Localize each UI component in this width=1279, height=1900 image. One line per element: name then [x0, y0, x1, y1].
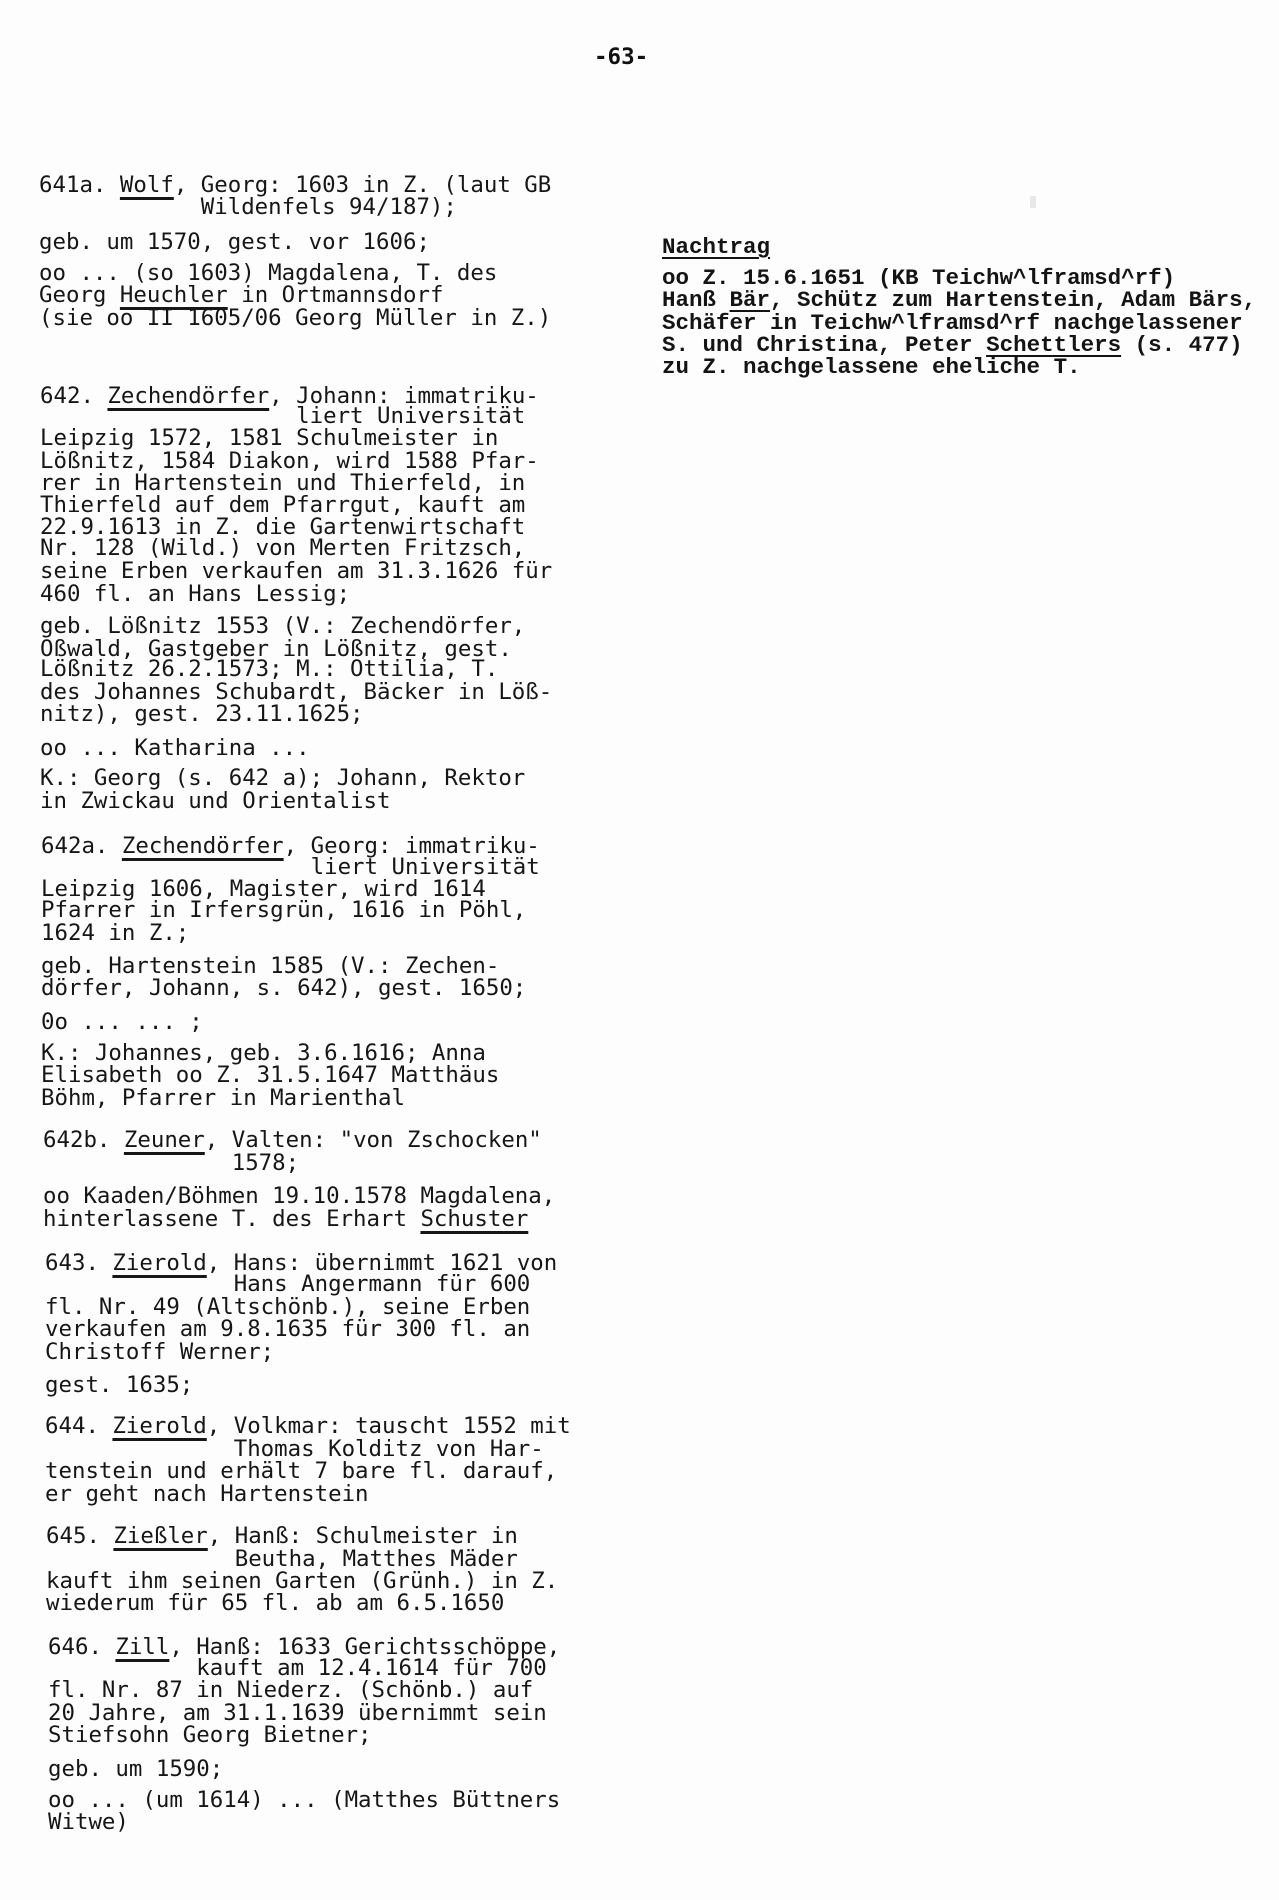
text-line: liert Universität	[40, 405, 525, 427]
text-line: Beutha, Matthes Mäder	[46, 1548, 518, 1570]
text-line: kauft ihm seinen Garten (Grünh.) in Z.	[46, 1570, 558, 1592]
text-line: Thomas Kolditz von Har-	[45, 1438, 544, 1460]
scan-artifact	[1030, 196, 1036, 208]
text-line: nitz), gest. 23.11.1625;	[40, 703, 364, 725]
text-line: fl. Nr. 49 (Altschönb.), seine Erben	[45, 1296, 530, 1318]
text-line: des Johannes Schubardt, Bäcker in Löß-	[40, 681, 552, 703]
text-line: 460 fl. an Hans Lessig;	[40, 583, 350, 605]
text-line: verkaufen am 9.8.1635 für 300 fl. an	[45, 1318, 530, 1340]
text-line: 642b. Zeuner, Valten: "von Zschocken"	[43, 1129, 542, 1151]
text-line: geb. um 1590;	[48, 1758, 223, 1780]
document-page: -63- 641a. Wolf, Georg: 1603 in Z. (laut…	[0, 0, 1279, 1900]
text-line: (sie oo II 1605/06 Georg Müller in Z.)	[39, 307, 551, 329]
line-suffix: (s. 477)	[1121, 332, 1243, 358]
text-line: Stiefsohn Georg Bietner;	[48, 1724, 372, 1746]
text-line: 645. Zießler, Hanß: Schulmeister in	[46, 1525, 518, 1547]
text-line: 644. Zierold, Volkmar: tauscht 1552 mit	[45, 1415, 571, 1437]
text-line: fl. Nr. 87 in Niederz. (Schönb.) auf	[48, 1679, 533, 1701]
text-line: geb. Lößnitz 1553 (V.: Zechendörfer,	[40, 615, 525, 637]
text-line: hinterlassene T. des Erhart Schuster	[43, 1208, 528, 1230]
text-line: dörfer, Johann, s. 642), gest. 1650;	[41, 977, 526, 999]
text-line: zu Z. nachgelassene eheliche T.	[662, 356, 1081, 378]
underlined-surname: Schuster	[420, 1206, 528, 1232]
text-line: oo ... Katharina ...	[40, 737, 310, 759]
text-line: oo Z. 15.6.1651 (KB Teichw^lframsd^rf)	[662, 267, 1175, 289]
text-line: tenstein und erhält 7 bare fl. darauf,	[45, 1460, 557, 1482]
text-line: 641a. Wolf, Georg: 1603 in Z. (laut GB	[39, 174, 551, 196]
addendum-heading: Nachtrag	[662, 236, 770, 258]
addendum-heading-text: Nachtrag	[662, 234, 770, 260]
text-line: Pfarrer in Irfersgrün, 1616 in Pöhl,	[41, 899, 526, 921]
text-line: seine Erben verkaufen am 31.3.1626 für	[40, 560, 552, 582]
text-line: Elisabeth oo Z. 31.5.1647 Matthäus	[41, 1064, 499, 1086]
text-line: Böhm, Pfarrer in Marienthal	[41, 1087, 405, 1109]
text-line: Witwe)	[48, 1811, 129, 1833]
text-line: oo ... (um 1614) ... (Matthes Büttners	[48, 1789, 560, 1811]
text-line: 20 Jahre, am 31.1.1639 übernimmt sein	[48, 1702, 547, 1724]
text-line: wiederum für 65 fl. ab am 6.5.1650	[46, 1592, 504, 1614]
text-line: in Zwickau und Orientalist	[40, 790, 391, 812]
text-line: rer in Hartenstein und Thierfeld, in	[40, 472, 525, 494]
text-line: Thierfeld auf dem Pfarrgut, kauft am	[40, 494, 525, 516]
line-prefix: hinterlassene T. des Erhart	[43, 1206, 420, 1232]
text-line: geb. um 1570, gest. vor 1606;	[39, 231, 430, 253]
text-line: gest. 1635;	[45, 1374, 193, 1396]
text-line: liert Universität	[41, 856, 540, 878]
text-line: K.: Johannes, geb. 3.6.1616; Anna	[41, 1042, 486, 1064]
page-number: -63-	[594, 44, 648, 70]
text-line: Hanß Bär, Schütz zum Hartenstein, Adam B…	[662, 289, 1256, 311]
text-line: Leipzig 1572, 1581 Schulmeister in	[40, 427, 498, 449]
text-line: Wildenfels 94/187);	[39, 196, 457, 218]
text-line: oo Kaaden/Böhmen 19.10.1578 Magdalena,	[43, 1185, 555, 1207]
text-line: er geht nach Hartenstein	[45, 1483, 369, 1505]
text-line: geb. Hartenstein 1585 (V.: Zechen-	[41, 955, 499, 977]
text-line: 0o ... ... ;	[41, 1011, 203, 1033]
text-line: Lößnitz, 1584 Diakon, wird 1588 Pfar-	[40, 450, 539, 472]
text-line: K.: Georg (s. 642 a); Johann, Rektor	[40, 767, 525, 789]
text-line: oo ... (so 1603) Magdalena, T. des	[39, 262, 497, 284]
text-line: Schäfer in Teichw^lframsd^rf nachgelasse…	[662, 312, 1243, 334]
text-line: Hans Angermann für 600	[45, 1273, 530, 1295]
text-line: Christoff Werner;	[45, 1341, 274, 1363]
text-line: Georg Heuchler in Ortmannsdorf	[39, 284, 443, 306]
text-line: S. und Christina, Peter Schettlers (s. 4…	[662, 334, 1243, 356]
text-line: 1624 in Z.;	[41, 922, 189, 944]
text-line: Nr. 128 (Wild.) von Merten Fritzsch,	[40, 537, 525, 559]
text-line: 1578;	[43, 1152, 299, 1174]
text-line: Lößnitz 26.2.1573; M.: Ottilia, T.	[40, 658, 498, 680]
text-line: kauft am 12.4.1614 für 700	[48, 1657, 547, 1679]
